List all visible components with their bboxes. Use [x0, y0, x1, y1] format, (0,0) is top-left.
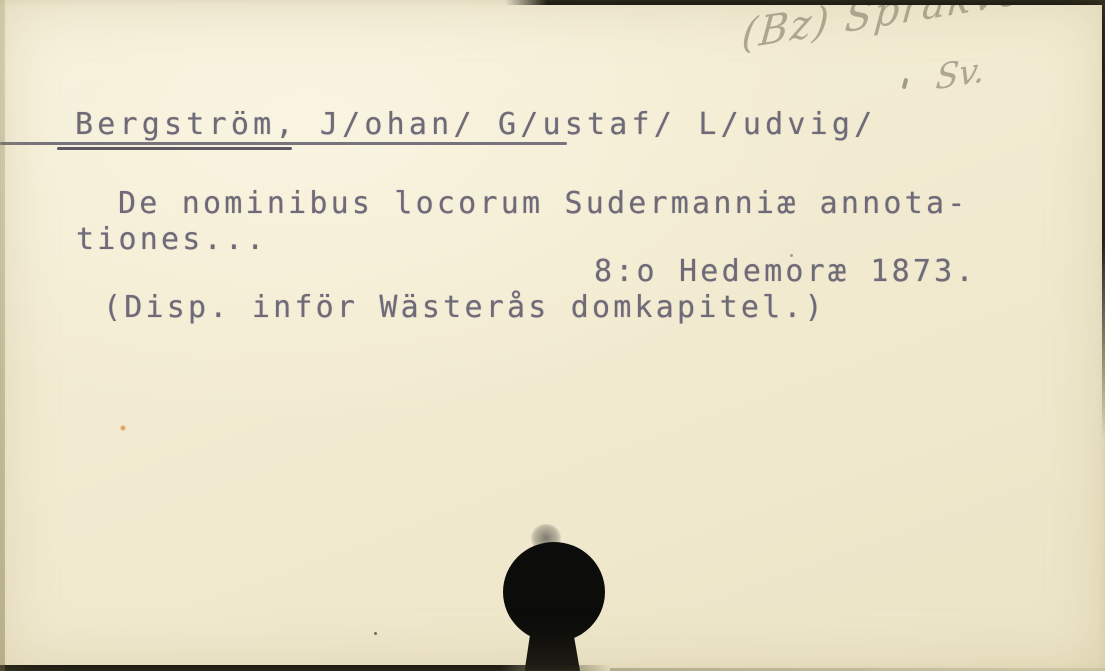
dissertation-note: (Disp. inför Wästerås domkapitel.): [103, 290, 826, 325]
heading-underline-surname: [57, 147, 292, 150]
dust-speck: [374, 632, 377, 635]
pencil-comma-mark: [902, 78, 909, 90]
scan-edge-top: [505, 0, 1105, 5]
title-line-2: tiones...: [76, 222, 267, 257]
card-left-edge-shading: [0, 0, 5, 671]
handwritten-classification-note: (Bz) Språkvet.: [740, 0, 1058, 59]
heading-underline: [0, 142, 567, 145]
stain-speck: [120, 425, 126, 431]
dust-speck: [790, 254, 793, 257]
title-line-1: De nominibus locorum Sudermanniæ annota-: [118, 186, 968, 221]
catalog-card: (Bz) Språkvet. Sv. Bergström, J/ohan/ G/…: [0, 0, 1105, 671]
imprint-line: 8:o Hedemoræ 1873.: [594, 254, 977, 289]
scan-edge-bottom: [0, 665, 610, 671]
author-heading: Bergström, J/ohan/ G/ustaf/ L/udvig/: [75, 107, 876, 142]
handwritten-language-note: Sv.: [934, 50, 986, 99]
